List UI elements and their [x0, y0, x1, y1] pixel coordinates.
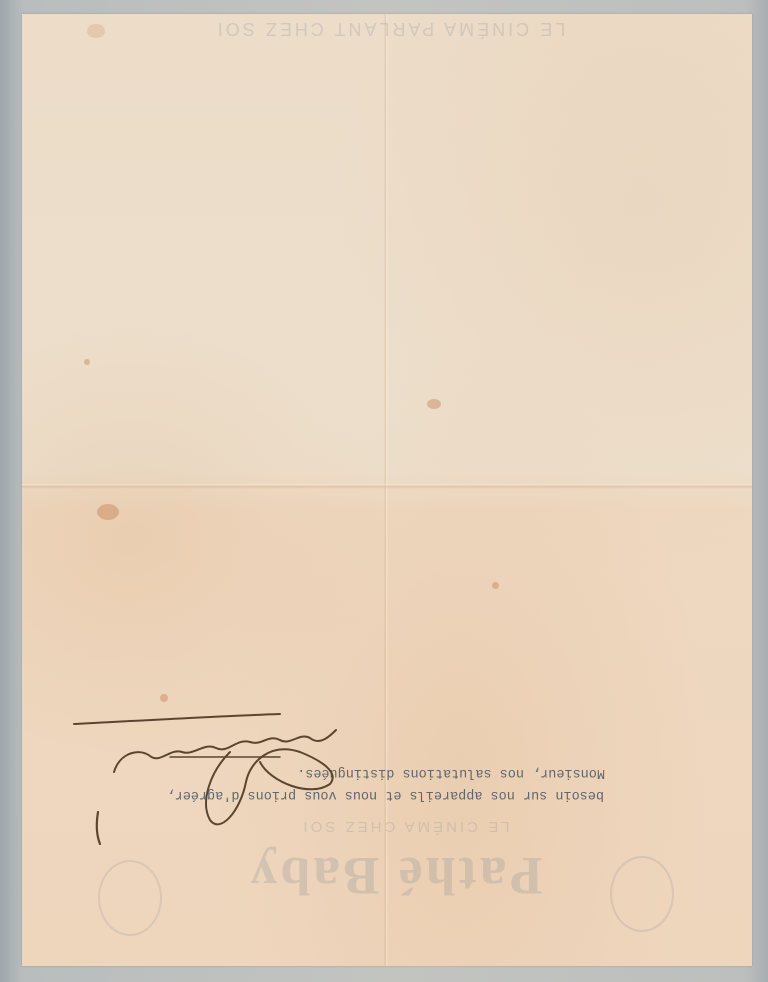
show-through-logo-left [98, 860, 162, 936]
signature [70, 712, 360, 847]
show-through-logo-right [610, 856, 674, 932]
foxing-spot [492, 582, 499, 589]
foxing-spot [87, 24, 105, 38]
foxing-spot [160, 694, 168, 702]
foxing-spot [84, 359, 90, 365]
horizontal-fold-line [22, 484, 752, 489]
foxing-spot [427, 399, 441, 409]
show-through-brand: Pathé Baby [225, 845, 565, 907]
show-through-top-tagline: LE CINÉMA PARLANT CHEZ SOI [190, 18, 590, 39]
foxing-spot [97, 504, 119, 520]
